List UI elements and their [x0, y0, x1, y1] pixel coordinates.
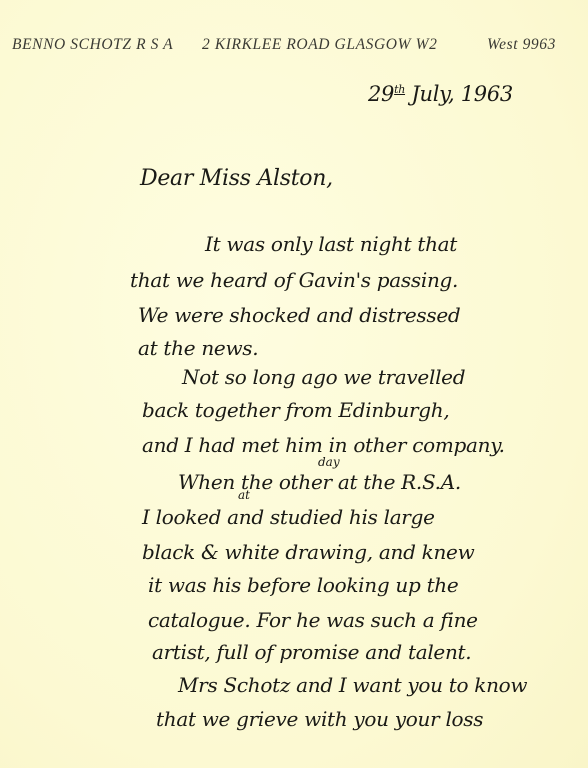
letter-line: catalogue. For he was such a fine — [148, 608, 478, 632]
letter-line: We were shocked and distressed — [138, 303, 460, 327]
insertion-note: day — [318, 455, 340, 469]
date-suffix: th — [394, 83, 405, 96]
letterhead-address: 2 KIRKLEE ROAD GLASGOW W2 — [202, 36, 437, 54]
letter-line: at the news. — [138, 336, 258, 360]
letter-line: Mrs Schotz and I want you to know — [178, 673, 527, 697]
letterhead-name: BENNO SCHOTZ R S A — [12, 36, 173, 54]
letter-date: 29th July, 1963 — [368, 82, 513, 106]
date-day: 29 — [368, 82, 394, 106]
letter-line: that we heard of Gavin's passing. — [130, 268, 458, 292]
date-rest: July, 1963 — [411, 82, 513, 106]
letter-line: that we grieve with you your loss — [156, 707, 483, 731]
letter-line: When the other at the R.S.A. — [178, 470, 461, 494]
letter-line: it was his before looking up the — [148, 573, 458, 597]
letter-page: BENNO SCHOTZ R S A 2 KIRKLEE ROAD GLASGO… — [0, 0, 588, 768]
salutation: Dear Miss Alston, — [140, 166, 333, 191]
letter-line: back together from Edinburgh, — [142, 398, 449, 422]
insertion-note: at — [238, 488, 250, 502]
letter-line: and I had met him in other company. — [142, 433, 505, 457]
letter-line: artist, full of promise and talent. — [152, 640, 471, 664]
letter-line: It was only last night that — [205, 232, 457, 256]
letter-line: I looked and studied his large — [142, 505, 435, 529]
letter-line: Not so long ago we travelled — [182, 365, 465, 389]
letterhead-phone: West 9963 — [487, 36, 556, 54]
letter-line: black & white drawing, and knew — [142, 540, 474, 564]
